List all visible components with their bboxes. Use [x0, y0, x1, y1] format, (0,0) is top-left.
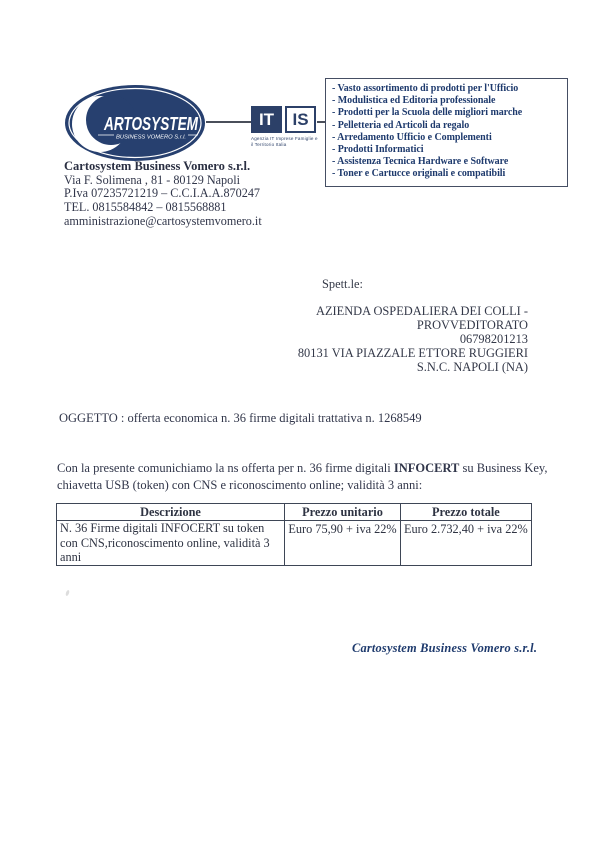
document-page: ARTOSYSTEM BUSINESS VOMERO S.r.l. IT IS … — [0, 0, 601, 850]
scan-speckle — [65, 590, 70, 597]
body-line-2: chiavetta USB (token) con CNS e riconosc… — [57, 477, 562, 494]
service-item: - Prodotti per la Scuola delle migliori … — [332, 107, 562, 119]
table-header-prezzo-unitario: Prezzo unitario — [285, 504, 401, 521]
recipient-block: AZIENDA OSPEDALIERA DEI COLLI - PROVVEDI… — [230, 305, 528, 375]
recipient-line: 06798201213 — [230, 333, 528, 347]
body-line-1: Con la presente comunichiamo la ns offer… — [57, 460, 562, 477]
itis-badge: IT IS — [251, 106, 316, 133]
table-cell-unit-price: Euro 75,90 + iva 22% — [285, 521, 401, 566]
recipient-salutation: Spett.le: — [322, 277, 363, 292]
itis-tagline-line: il Territorio Italia — [251, 142, 331, 148]
service-item: - Arredamento Ufficio e Complementi — [332, 132, 562, 144]
company-address: Via F. Solimena , 81 - 80129 Napoli — [64, 174, 262, 188]
table-header-prezzo-totale: Prezzo totale — [401, 504, 532, 521]
company-name: Cartosystem Business Vomero s.r.l. — [64, 160, 262, 174]
table-header-row: Descrizione Prezzo unitario Prezzo total… — [57, 504, 532, 521]
table-row: N. 36 Firme digitali INFOCERT su token c… — [57, 521, 532, 566]
table-header-descrizione: Descrizione — [57, 504, 285, 521]
cartosystem-logo-icon: ARTOSYSTEM BUSINESS VOMERO S.r.l. — [64, 84, 206, 162]
company-email: amministrazione@cartosystemvomero.it — [64, 215, 262, 229]
it-badge-icon: IT — [251, 106, 282, 133]
body-paragraph: Con la presente comunichiamo la ns offer… — [57, 460, 562, 494]
service-item: - Pelletteria ed Articoli da regalo — [332, 120, 562, 132]
body-highlight: INFOCERT — [394, 461, 460, 475]
body-text: su Business Key, — [459, 461, 547, 475]
offer-table: Descrizione Prezzo unitario Prezzo total… — [56, 503, 532, 566]
body-text: Con la presente comunichiamo la ns offer… — [57, 461, 394, 475]
connector-line — [206, 121, 251, 123]
recipient-line: PROVVEDITORATO — [230, 319, 528, 333]
table-cell-description: N. 36 Firme digitali INFOCERT su token c… — [57, 521, 285, 566]
service-item: - Prodotti Informatici — [332, 144, 562, 156]
table-cell-total-price: Euro 2.732,40 + iva 22% — [401, 521, 532, 566]
company-phone: TEL. 0815584842 – 0815568881 — [64, 201, 262, 215]
recipient-line: S.N.C. NAPOLI (NA) — [230, 361, 528, 375]
service-item: - Assistenza Tecnica Hardware e Software — [332, 156, 562, 168]
recipient-line: 80131 VIA PIAZZALE ETTORE RUGGIERI — [230, 347, 528, 361]
logo-sub-text: BUSINESS VOMERO S.r.l. — [116, 135, 186, 141]
subject-line: OGGETTO : offerta economica n. 36 firme … — [59, 411, 422, 426]
service-item: - Vasto assortimento di prodotti per l'U… — [332, 83, 562, 95]
service-item: - Toner e Cartucce originali e compatibi… — [332, 168, 562, 180]
signature: Cartosystem Business Vomero s.r.l. — [352, 641, 537, 656]
recipient-line: AZIENDA OSPEDALIERA DEI COLLI - — [230, 305, 528, 319]
logo-main-text: ARTOSYSTEM — [103, 113, 198, 134]
services-box: - Vasto assortimento di prodotti per l'U… — [325, 78, 568, 187]
service-item: - Modulistica ed Editoria professionale — [332, 95, 562, 107]
itis-tagline: Agenzia IT Imprese Famiglie e il Territo… — [251, 136, 331, 147]
company-piva: P.Iva 07235721219 – C.C.I.A.A.870247 — [64, 187, 262, 201]
company-info: Cartosystem Business Vomero s.r.l. Via F… — [64, 160, 262, 229]
is-badge-icon: IS — [285, 106, 316, 133]
